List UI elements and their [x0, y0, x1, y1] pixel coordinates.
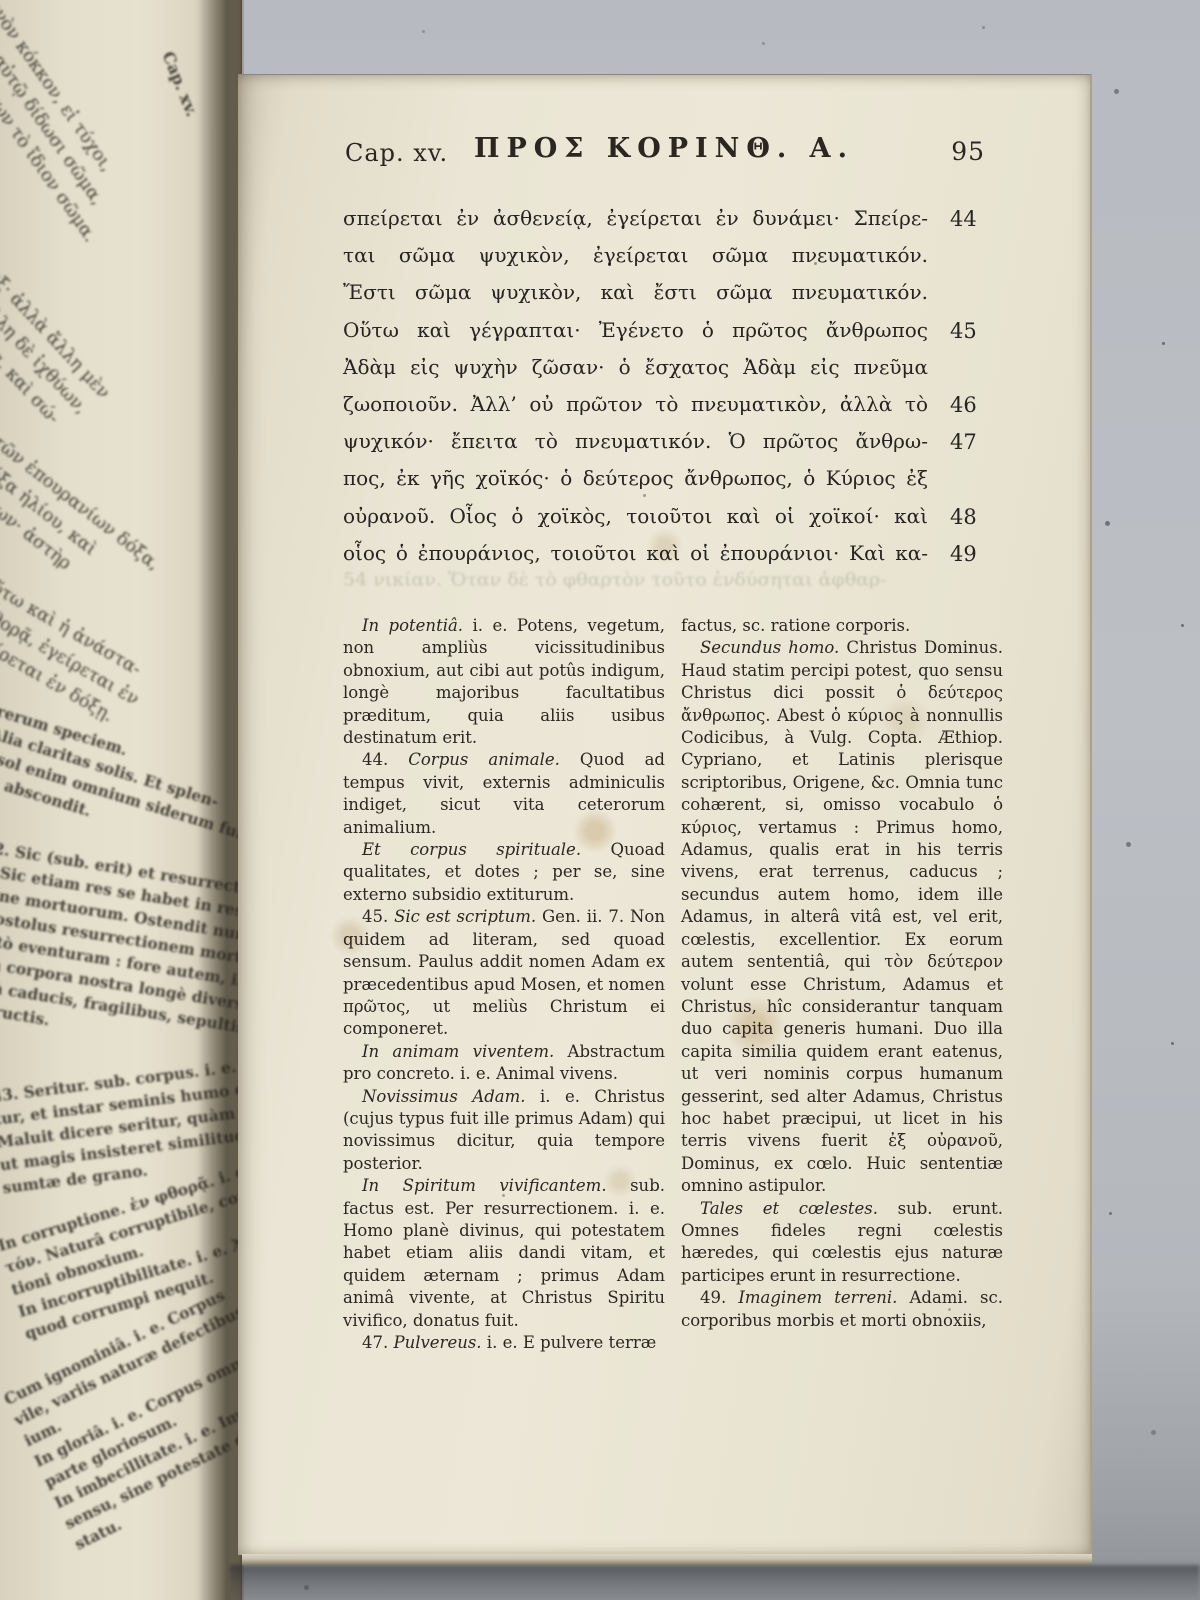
- commentary-paragraph: Secundus homo. Christus Dominus. Haud st…: [681, 637, 1003, 1197]
- commentary-paragraph: 44. Corpus animale. Quod ad tempus vivit…: [343, 749, 665, 839]
- commentary-paragraph: 45. Sic est scriptum. Gen. ii. 7. Non qu…: [343, 906, 665, 1040]
- greek-line: Ἀδὰμ εἰς ψυχὴν ζῶσαν· ὁ ἔσχατος Ἀδὰμ εἰς…: [343, 355, 1003, 392]
- greek-line: Ἔστι σῶμα ψυχικὸν, καὶ ἔστι σῶμα πνευματ…: [343, 280, 1003, 317]
- running-title: ΠΡΟΣ ΚΟΡΙΝΘ. Α.: [343, 133, 985, 164]
- page-number: 95: [951, 137, 985, 166]
- greek-line: ψυχικόν· ἔπειτα τὸ πνευματικόν. Ὁ πρῶτος…: [343, 429, 1003, 466]
- left-page-text-block: ας, ἀλλὰ γυμνὸν κόκκον, εἰ τύχοι,πτῶν· Ὁ…: [0, 0, 147, 248]
- book-photo: Cap. xv.ας, ἀλλὰ γυμνὸν κόκκον, εἰ τύχοι…: [0, 0, 1200, 1600]
- commentary: In potentiâ. i. e. Potens, vegetum, non …: [343, 615, 1003, 1354]
- left-page-text-block: Cap. xv.: [157, 48, 204, 120]
- greek-line: σπείρεται ἐν ἀσθενείᾳ, ἐγείρεται ἐν δυνά…: [343, 206, 1003, 243]
- commentary-paragraph: factus, sc. ratione corporis.: [681, 615, 1003, 637]
- right-page: Cap. xv. ΠΡΟΣ ΚΟΡΙΝΘ. Α. 95 σπείρεται ἐν…: [238, 74, 1092, 1555]
- greek-line: πος, ἐκ γῆς χοϊκός· ὁ δεύτερος ἄνθρωπος,…: [343, 466, 1003, 503]
- greek-text-block: σπείρεται ἐν ἀσθενείᾳ, ἐγείρεται ἐν δυνά…: [343, 206, 1003, 578]
- page-block-edge: [242, 1554, 1092, 1565]
- commentary-paragraph: In potentiâ. i. e. Potens, vegetum, non …: [343, 615, 665, 749]
- greek-line: Οὕτω καὶ γέγραπται· Ἐγένετο ὁ πρῶτος ἄνθ…: [343, 318, 1003, 355]
- commentary-paragraph: Et corpus spirituale. Quoad qualitates, …: [343, 839, 665, 906]
- commentary-left-column: In potentiâ. i. e. Potens, vegetum, non …: [343, 615, 665, 1354]
- commentary-paragraph: Novissimus Adam. i. e. Christus (cujus t…: [343, 1086, 665, 1176]
- table-shadow: [230, 1565, 1200, 1600]
- commentary-paragraph: In animam viventem. Abstractum pro concr…: [343, 1041, 665, 1086]
- verse-number: 48: [950, 505, 977, 529]
- greek-line: οὐρανοῦ. Οἷος ὁ χοϊκὸς, τοιοῦτοι καὶ οἱ …: [343, 504, 1003, 541]
- verse-number: 44: [950, 207, 977, 231]
- commentary-right-column: factus, sc. ratione corporis.Secundus ho…: [681, 615, 1003, 1354]
- greek-line: ζωοποιοῦν. Ἀλλ’ οὐ πρῶτον τὸ πνευματικὸν…: [343, 392, 1003, 429]
- greek-line: ται σῶμα ψυχικὸν, ἐγείρεται σῶμα πνευματ…: [343, 243, 1003, 280]
- commentary-paragraph: 49. Imaginem terreni. Adami. sc. corpori…: [681, 1287, 1003, 1332]
- verse-number: 49: [950, 542, 977, 566]
- verse-number: 46: [950, 393, 977, 417]
- show-through-text: 54 νικίαν. Ὅταν δὲ τὸ φθαρτὸν τοῦτο ἐνδύ…: [343, 570, 993, 591]
- verse-number: 47: [950, 430, 977, 454]
- commentary-paragraph: 47. Pulvereus. i. e. E pulvere terræ: [343, 1332, 665, 1354]
- commentary-paragraph: In Spiritum vivificantem. sub. factus es…: [343, 1175, 665, 1332]
- verse-number: 45: [950, 319, 977, 343]
- commentary-paragraph: Tales et cœlestes. sub. erunt. Omnes fid…: [681, 1198, 1003, 1288]
- page-header: Cap. xv. ΠΡΟΣ ΚΟΡΙΝΘ. Α. 95: [343, 133, 985, 175]
